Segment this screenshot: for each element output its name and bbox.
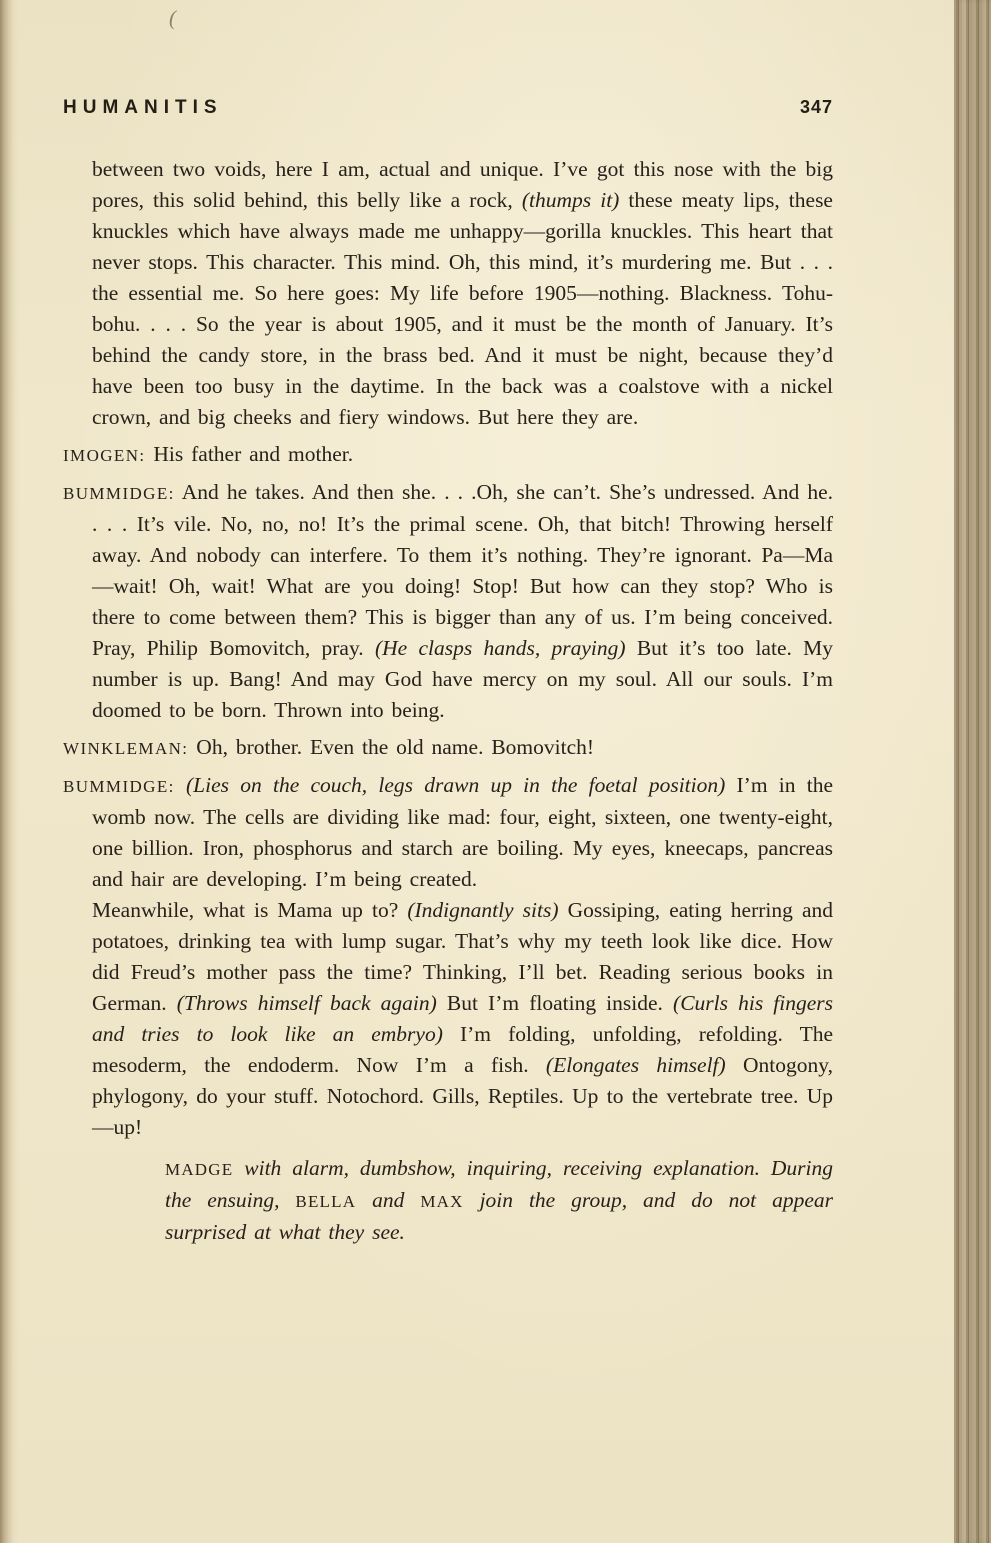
speech-bummidge-4: BUMMIDGE: (Lies on the couch, legs drawn… [63,770,833,895]
smallcaps-name: MAX [420,1192,463,1211]
page-edge-stack [954,0,991,1543]
page-content: HUMANITIS 347 between two voids, here I … [63,97,833,1248]
speaker-label: BUMMIDGE: [63,777,175,796]
speeches: between two voids, here I am, actual and… [63,154,833,1248]
running-title: HUMANITIS [63,97,223,119]
dialogue-text: Meanwhile, what is Mama up to? [92,898,407,922]
italic-text: (Indignantly sits) [407,898,558,922]
speaker-label: BUMMIDGE: [63,484,175,503]
italic-text: (Throws himself back again) [177,991,437,1015]
speech-imogen-1: IMOGEN: His father and mother. [63,439,833,471]
italic-text: (He clasps hands, praying) [375,636,626,660]
italic-text: and [356,1188,420,1212]
paragraph-5: Meanwhile, what is Mama up to? (Indignan… [63,895,833,1143]
dialogue-text: Oh, brother. Even the old name. Bomovitc… [196,735,594,759]
dialogue-text: His father and mother. [153,442,353,466]
running-head: HUMANITIS 347 [63,97,833,121]
dialogue-text: And he takes. And then she. . . .Oh, she… [92,480,833,660]
speaker-label: WINKLEMAN: [63,739,188,758]
dialogue-text: these meaty lips, these knuckles which h… [92,188,833,429]
stray-ink-mark: ( [169,6,176,31]
dialogue-text: But I’m floating inside. [437,991,673,1015]
paragraph-0: between two voids, here I am, actual and… [63,154,833,433]
italic-text: (Elongates himself) [546,1053,726,1077]
stage-direction: MADGE with alarm, dumbshow, inquiring, r… [165,1153,833,1248]
italic-text: (Lies on the couch, legs drawn up in the… [186,773,725,797]
speaker-label: IMOGEN: [63,446,146,465]
page-number: 347 [800,97,833,118]
binding-gutter [0,0,20,1543]
smallcaps-name: BELLA [295,1192,356,1211]
speech-winkleman-3: WINKLEMAN: Oh, brother. Even the old nam… [63,732,833,764]
book-page: ( HUMANITIS 347 between two voids, here … [0,0,991,1543]
speech-bummidge-2: BUMMIDGE: And he takes. And then she. . … [63,477,833,726]
italic-text: (thumps it) [522,188,619,212]
smallcaps-name: MADGE [165,1160,233,1179]
